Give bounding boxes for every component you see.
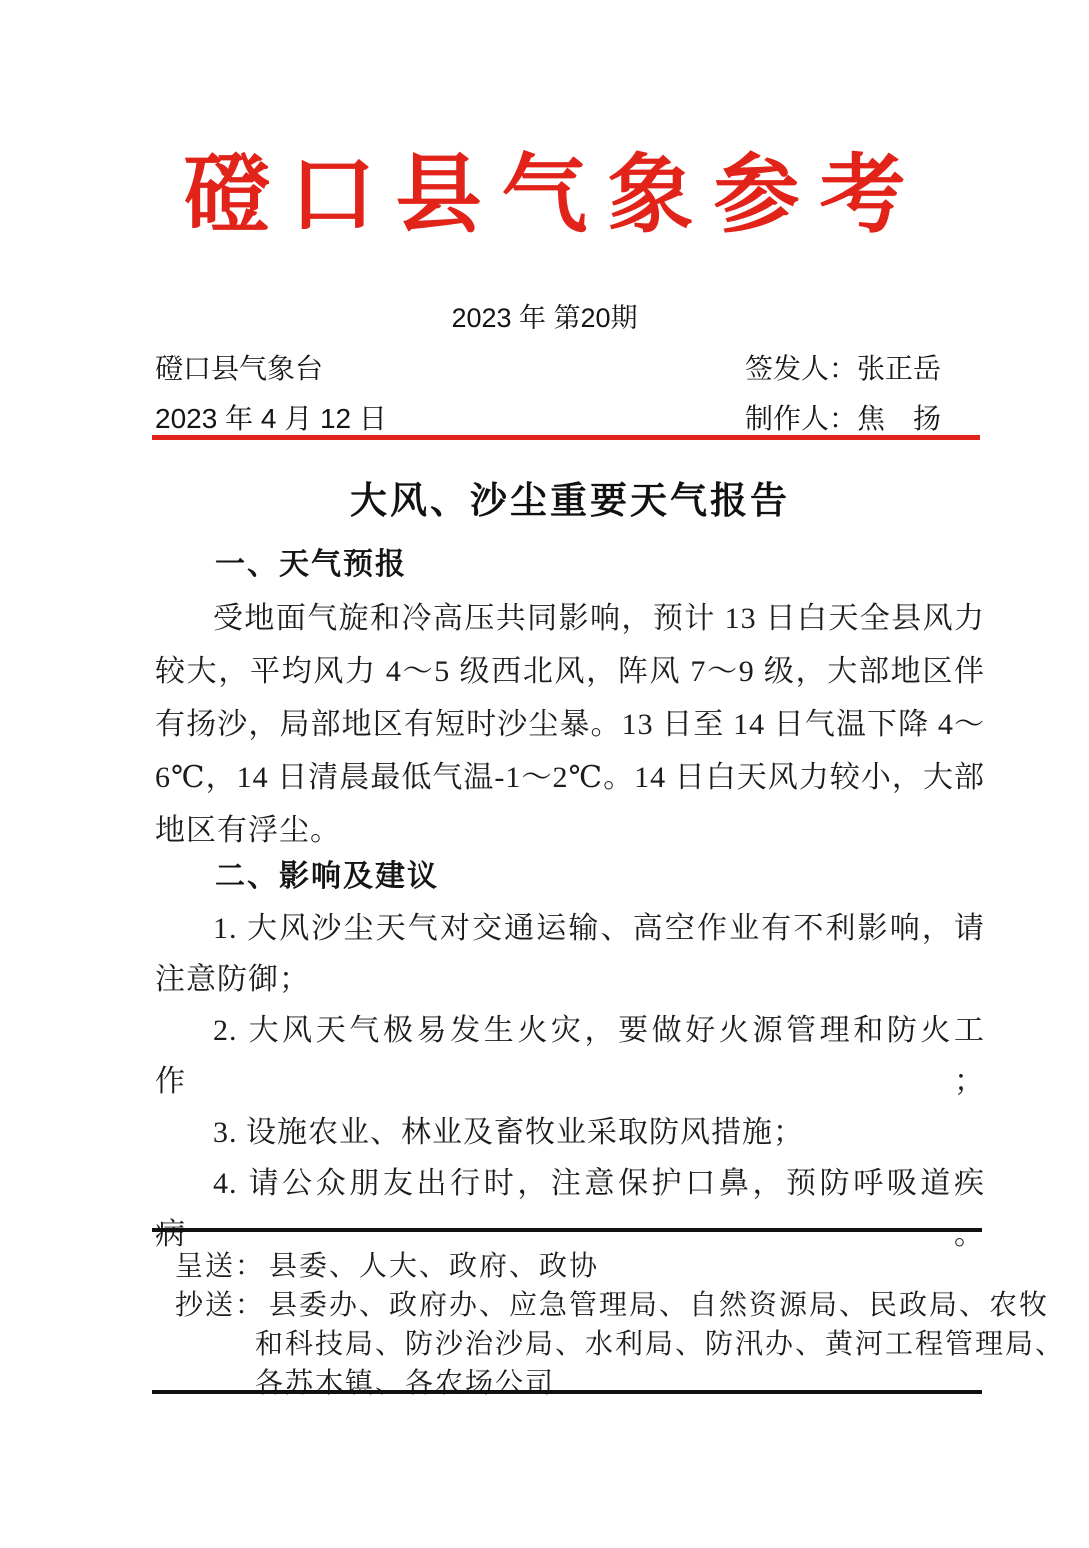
- signer-name: 签发人：张正岳: [745, 352, 985, 386]
- forecast-line: 有扬沙，局部地区有短时沙尘暴。13 日至 14 日气温下降 4～: [155, 698, 985, 751]
- impact-item-line: 3. 设施农业、林业及畜牧业采取防风措施；: [155, 1107, 985, 1158]
- footer-rule-top: [152, 1228, 982, 1232]
- impact-item-line: 1. 大风沙尘天气对交通运输、高空作业有不利影响，请: [155, 903, 985, 954]
- report-title: 大风、沙尘重要天气报告: [155, 478, 985, 526]
- issue-number: 2023 年 第20期: [0, 300, 1089, 336]
- section-heading-forecast: 一、天气预报: [215, 546, 407, 584]
- impact-item-line: 注意防御；: [155, 954, 985, 1005]
- section-heading-impact: 二、影响及建议: [215, 858, 439, 896]
- forecast-line: 地区有浮尘。: [155, 804, 985, 857]
- impact-item-line: 4. 请公众朋友出行时，注意保护口鼻，预防呼吸道疾病。: [155, 1158, 985, 1260]
- masthead-title: 磴口县气象参考: [0, 140, 1089, 250]
- delivery-recipients: 县委、人大、政府、政协: [269, 1248, 599, 1286]
- forecast-paragraph: 受地面气旋和冷高压共同影响，预计 13 日白天全县风力 较大，平均风力 4～5 …: [155, 592, 985, 857]
- impact-items: 1. 大风沙尘天气对交通运输、高空作业有不利影响，请 注意防御； 2. 大风天气…: [155, 903, 985, 1260]
- header-row-issuer: 磴口县气象台 签发人：张正岳: [155, 352, 985, 394]
- producer-name: 制作人：焦 扬: [745, 402, 985, 436]
- delivery-row: 呈送： 县委、人大、政府、政协: [175, 1248, 599, 1286]
- red-separator-line: [152, 435, 980, 440]
- copy-recipients-continued: 和科技局、防沙治沙局、水利局、防汛办、黄河工程管理局、: [255, 1326, 1065, 1364]
- delivery-label: 呈送：: [175, 1248, 265, 1286]
- copy-label: 抄送：: [175, 1287, 265, 1325]
- issuer-name: 磴口县气象台: [155, 352, 323, 386]
- copy-row: 抄送： 县委办、政府办、应急管理局、自然资源局、民政局、农牧: [175, 1287, 1049, 1325]
- forecast-line: 6℃，14 日清晨最低气温-1～2℃。14 日白天风力较小，大部: [155, 751, 985, 804]
- forecast-line: 受地面气旋和冷高压共同影响，预计 13 日白天全县风力: [155, 592, 985, 645]
- document-page: 磴口县气象参考 2023 年 第20期 磴口县气象台 签发人：张正岳 2023 …: [0, 0, 1089, 1548]
- forecast-line: 较大，平均风力 4～5 级西北风，阵风 7～9 级，大部地区伴: [155, 645, 985, 698]
- issue-date: 2023 年 4 月 12 日: [155, 402, 387, 436]
- copy-recipients-continued: 各苏木镇、各农场公司: [255, 1365, 555, 1403]
- footer-rule-bottom: [152, 1390, 982, 1394]
- impact-item-line: 2. 大风天气极易发生火灾，要做好火源管理和防火工作；: [155, 1005, 985, 1107]
- copy-recipients: 县委办、政府办、应急管理局、自然资源局、民政局、农牧: [269, 1287, 1049, 1325]
